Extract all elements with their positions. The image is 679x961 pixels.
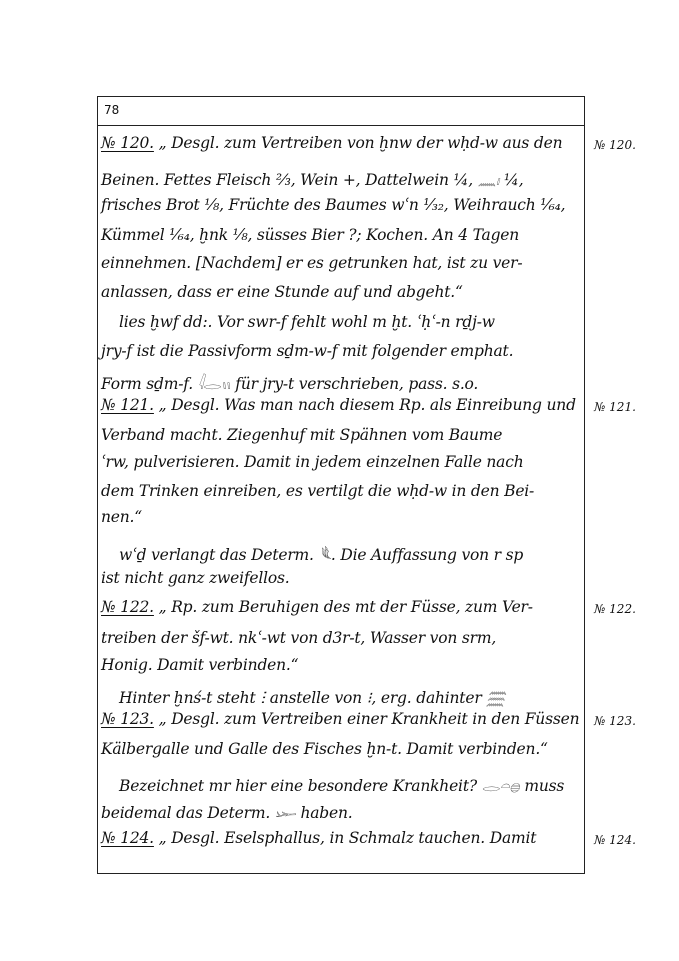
margin-entry-number: № 122. <box>594 602 636 616</box>
page-number: 78 <box>104 103 119 117</box>
line-text: ʿrw, pulverisieren. Damit in jedem einze… <box>101 453 523 471</box>
line-text: Form sḏm-f. 𓇋𓂋𓏭 für jry-t verschrieben, … <box>101 375 478 393</box>
line-text: einnehmen. [Nachdem] er es getrunken hat… <box>101 254 522 272</box>
margin-entry-number: № 123. <box>594 714 636 728</box>
text-line: Bezeichnet mr hier eine besondere Krankh… <box>119 771 564 797</box>
line-text: Verband macht. Ziegenhuf mit Spähnen vom… <box>101 426 502 444</box>
text-line: frisches Brot ⅛, Früchte des Baumes wʿn … <box>101 196 565 214</box>
entry-number: № 121. <box>101 396 154 414</box>
text-line: № 121. „ Desgl. Was man nach diesem Rp. … <box>101 396 576 414</box>
text-line: anlassen, dass er eine Stunde auf und ab… <box>101 283 463 301</box>
text-line: jry-f ist die Passivform sḏm-w-f mit fol… <box>101 342 513 360</box>
text-line: № 122. „ Rp. zum Beruhigen des mt der Fü… <box>101 598 533 616</box>
text-line: Verband macht. Ziegenhuf mit Spähnen vom… <box>101 426 502 444</box>
line-text: beidemal das Determ. 𓆱 haben. <box>101 804 352 822</box>
margin-entry-number: № 120. <box>594 138 636 152</box>
line-text: wʿḏ verlangt das Determ. 𓆰. Die Auffassu… <box>119 546 523 564</box>
line-text: Beinen. Fettes Fleisch ⅔, Wein +, Dattel… <box>101 171 523 189</box>
text-line: dem Trinken einreiben, es vertilgt die w… <box>101 482 534 500</box>
line-text: ist nicht ganz zweifellos. <box>101 569 289 587</box>
entry-number: № 120. <box>101 134 154 152</box>
text-line: einnehmen. [Nachdem] er es getrunken hat… <box>101 254 522 272</box>
text-line: beidemal das Determ. 𓆱 haben. <box>101 798 352 824</box>
line-text: frisches Brot ⅛, Früchte des Baumes wʿn … <box>101 196 565 214</box>
text-line: ist nicht ganz zweifellos. <box>101 569 289 587</box>
text-line: wʿḏ verlangt das Determ. 𓆰. Die Auffassu… <box>119 540 523 566</box>
line-text: treiben der šf-wt. nkʿ-wt von d3r-t, Was… <box>101 629 496 647</box>
line-text: „ Desgl. Eselsphallus, in Schmalz tauche… <box>154 829 536 847</box>
text-line: Kälbergalle und Galle des Fisches ḫn-t. … <box>101 740 548 758</box>
text-line: Beinen. Fettes Fleisch ⅔, Wein +, Dattel… <box>101 165 523 191</box>
entry-number: № 124. <box>101 829 154 847</box>
line-text: „ Desgl. zum Vertreiben von ḫnw der wḥd-… <box>154 134 562 152</box>
entry-number: № 122. <box>101 598 154 616</box>
text-line: Hinter ḫnś-t steht ⵗ anstelle von ⁝, erg… <box>119 683 505 709</box>
line-text: Hinter ḫnś-t steht ⵗ anstelle von ⁝, erg… <box>119 689 505 707</box>
text-line: № 123. „ Desgl. zum Vertreiben einer Kra… <box>101 710 579 728</box>
line-text: „ Desgl. zum Vertreiben einer Krankheit … <box>154 710 579 728</box>
text-line: treiben der šf-wt. nkʿ-wt von d3r-t, Was… <box>101 629 496 647</box>
line-text: Kälbergalle und Galle des Fisches ḫn-t. … <box>101 740 548 758</box>
margin-entry-number: № 124. <box>594 833 636 847</box>
text-line: ʿrw, pulverisieren. Damit in jedem einze… <box>101 453 523 471</box>
line-text: lies ḫwf dd:. Vor swr-f fehlt wohl m ḫt.… <box>119 313 495 331</box>
line-text: dem Trinken einreiben, es vertilgt die w… <box>101 482 534 500</box>
line-text: jry-f ist die Passivform sḏm-w-f mit fol… <box>101 342 513 360</box>
line-text: anlassen, dass er eine Stunde auf und ab… <box>101 283 463 301</box>
text-line: Form sḏm-f. 𓇋𓂋𓏭 für jry-t verschrieben, … <box>101 369 478 395</box>
text-line: Honig. Damit verbinden.“ <box>101 656 298 674</box>
line-text: Honig. Damit verbinden.“ <box>101 656 298 674</box>
text-line: lies ḫwf dd:. Vor swr-f fehlt wohl m ḫt.… <box>119 313 495 331</box>
entry-number: № 123. <box>101 710 154 728</box>
text-line: № 120. „ Desgl. zum Vertreiben von ḫnw d… <box>101 134 562 152</box>
text-line: nen.“ <box>101 508 142 526</box>
line-text: „ Rp. zum Beruhigen des mt der Füsse, zu… <box>154 598 533 616</box>
page-header: 78 <box>98 97 584 126</box>
text-line: № 124. „ Desgl. Eselsphallus, in Schmalz… <box>101 829 536 847</box>
line-text: „ Desgl. Was man nach diesem Rp. als Ein… <box>154 396 576 414</box>
text-line: Kümmel ¹⁄₆₄, ḫnk ⅛, süsses Bier ?; Koche… <box>101 226 519 244</box>
line-text: Bezeichnet mr hier eine besondere Krankh… <box>119 777 564 795</box>
line-text: nen.“ <box>101 508 142 526</box>
line-text: Kümmel ¹⁄₆₄, ḫnk ⅛, süsses Bier ?; Koche… <box>101 226 519 244</box>
margin-entry-number: № 121. <box>594 400 636 414</box>
